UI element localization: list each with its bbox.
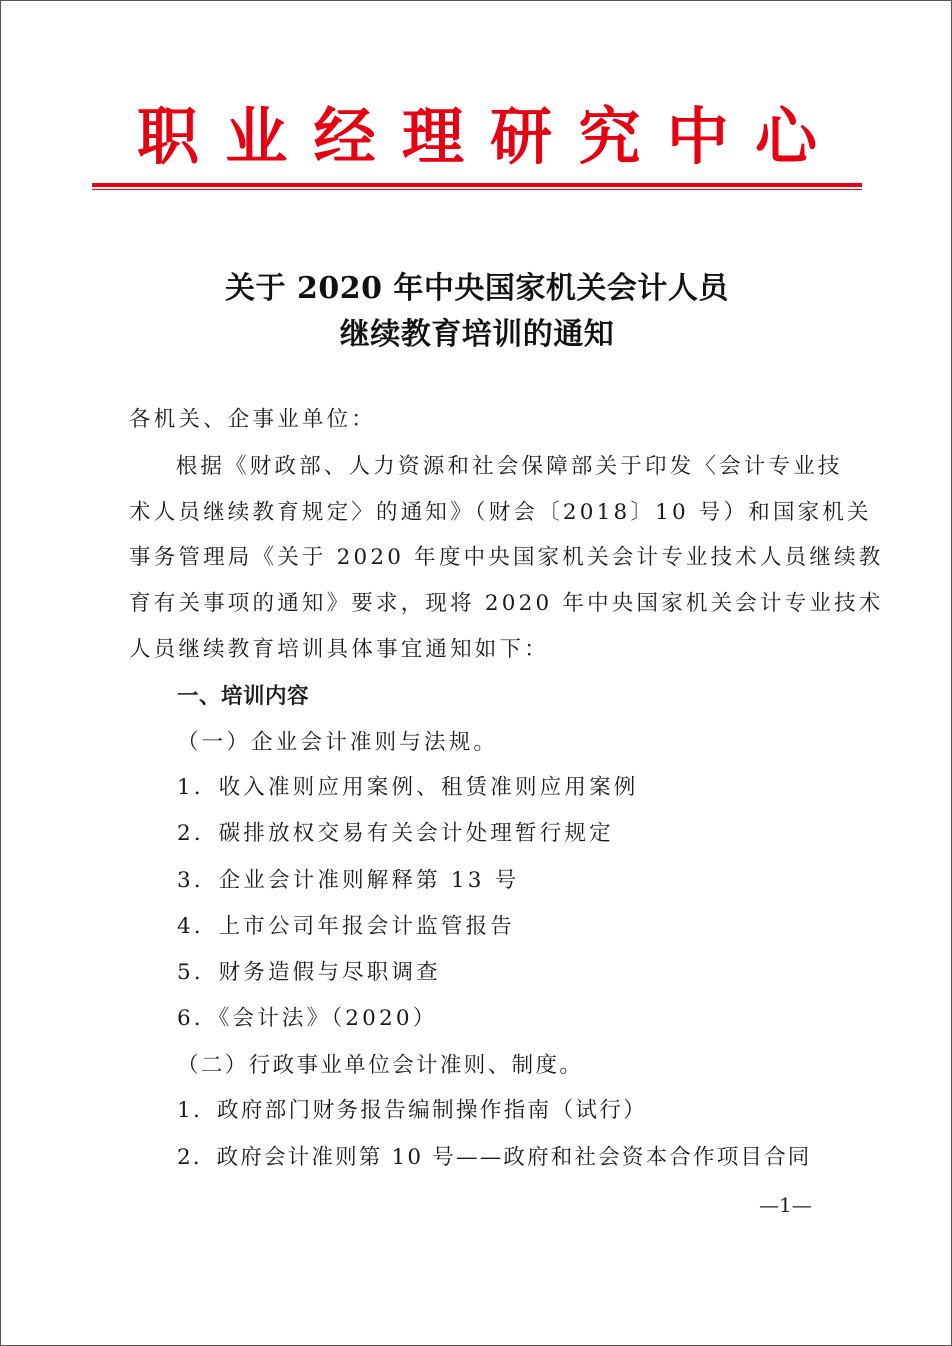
intro-paragraph-line: 人员继续教育培训具体事宜通知如下： [129, 635, 829, 665]
document-title-line-2: 继续教育培训的通知 [1, 309, 952, 353]
list-item: 1．政府部门财务报告编制操作指南（试行） [177, 1096, 877, 1126]
letterhead-org-name: 职 业 经 理 研 究 中 心 [93, 97, 863, 177]
letterhead-char: 经 [314, 97, 376, 177]
list-item: 6．《会计法》（2020） [177, 1004, 877, 1034]
document-page: 职 业 经 理 研 究 中 心 关于 2020 年中央国家机关会计人员 继续教育… [0, 0, 952, 1346]
letterhead-char: 研 [490, 97, 552, 177]
intro-paragraph-line: 根据《财政部、人力资源和社会保障部关于印发〈会计专业技 [151, 452, 851, 482]
letterhead-divider-thick [92, 183, 862, 187]
document-title-line-1: 关于 2020 年中央国家机关会计人员 [1, 263, 952, 307]
list-item: 2．政府会计准则第 10 号——政府和社会资本合作项目合同 [177, 1143, 877, 1173]
letterhead-char: 业 [225, 97, 287, 177]
letterhead-char: 中 [667, 97, 729, 177]
letterhead-divider-thin [92, 189, 862, 190]
list-item: 4．上市公司年报会计监管报告 [177, 912, 877, 942]
page-number: —1— [759, 1193, 812, 1217]
subsection-heading-public-sector: （二）行政事业单位会计准则、制度。 [177, 1051, 877, 1081]
list-item: 3．企业会计准则解释第 13 号 [177, 866, 877, 896]
letterhead-char: 心 [755, 97, 817, 177]
letterhead-char: 究 [578, 97, 640, 177]
letterhead-char: 理 [402, 97, 464, 177]
intro-paragraph-line: 育有关事项的通知》要求，现将 2020 年中央国家机关会计专业技术 [129, 589, 829, 619]
salutation: 各机关、企事业单位： [129, 405, 829, 435]
letterhead-char: 职 [137, 97, 199, 177]
list-item: 5．财务造假与尽职调查 [177, 958, 877, 988]
intro-paragraph-line: 术人员继续教育规定〉的通知》（财会〔2018〕10 号）和国家机关 [129, 498, 829, 528]
subsection-heading-enterprise: （一）企业会计准则与法规。 [177, 728, 877, 758]
list-item: 1．收入准则应用案例、租赁准则应用案例 [177, 773, 877, 803]
intro-paragraph-line: 事务管理局《关于 2020 年度中央国家机关会计专业技术人员继续教 [129, 543, 829, 573]
section-heading-training-content: 一、培训内容 [177, 682, 877, 712]
list-item: 2．碳排放权交易有关会计处理暂行规定 [177, 819, 877, 849]
